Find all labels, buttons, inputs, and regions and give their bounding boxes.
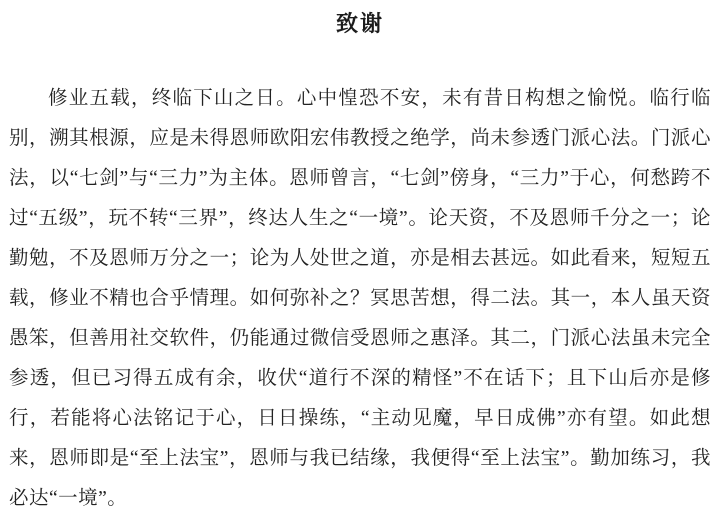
acknowledgment-paragraph: 修业五载，终临下山之日。心中惶恐不安，未有昔日构想之愉悦。临行临别，溯其根源，应… [9, 79, 711, 519]
document-page: 致谢 修业五载，终临下山之日。心中惶恐不安，未有昔日构想之愉悦。临行临别，溯其根… [0, 0, 720, 522]
page-title: 致谢 [9, 8, 711, 38]
